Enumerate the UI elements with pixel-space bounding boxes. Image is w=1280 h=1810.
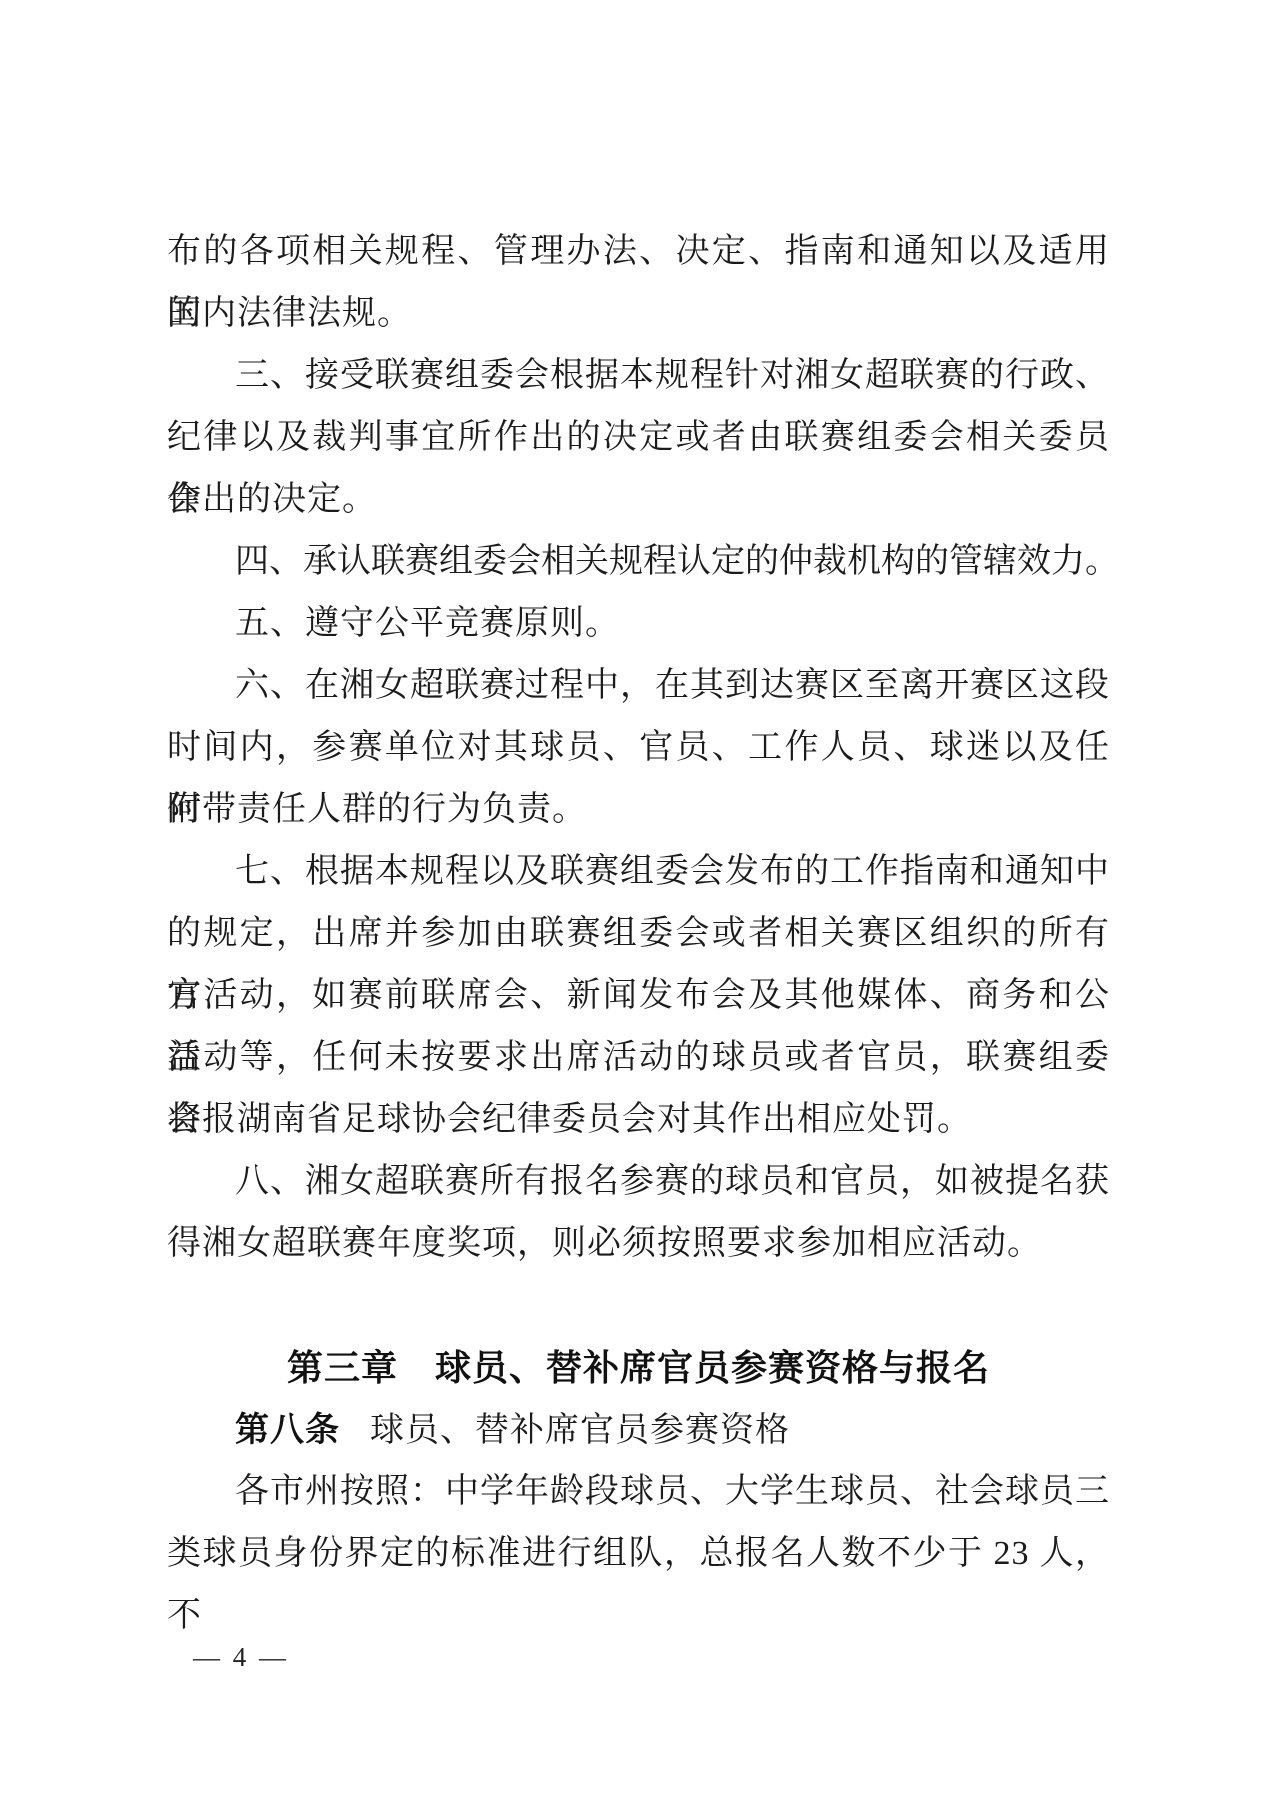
article-title: 球员、替补席官员参赛资格 [370,1412,790,1449]
body-text-line: 国内法律法规。 [167,283,1110,345]
body-text-line: 将报湖南省足球协会纪律委员会对其作出相应处罚。 [167,1089,1110,1151]
body-text-line: 五、遵守公平竞赛原则。 [167,593,1110,655]
document-body: 布的各项相关规程、管理办法、决定、指南和通知以及适用的 国内法律法规。 三、接受… [167,221,1110,1585]
body-text-line: 的规定，出席并参加由联赛组委会或者相关赛区组织的所有官 [167,903,1110,965]
body-text-line: 三、接受联赛组委会根据本规程针对湘女超联赛的行政、 [167,345,1110,407]
body-text-line: 各市州按照：中学年龄段球员、大学生球员、社会球员三 [167,1461,1110,1523]
page-number: — 4 — [193,1638,289,1676]
body-text-line: 方活动，如赛前联席会、新闻发布会及其他媒体、商务和公益 [167,965,1110,1027]
body-text-line: 八、湘女超联赛所有报名参赛的球员和官员，如被提名获 [167,1151,1110,1213]
body-text-line: 七、根据本规程以及联赛组委会发布的工作指南和通知中 [167,841,1110,903]
body-text-line: 纪律以及裁判事宜所作出的决定或者由联赛组委会相关委员会 [167,407,1110,469]
body-text-line: 四、承认联赛组委会相关规程认定的仲裁机构的管辖效力。 [167,531,1110,593]
body-text-line: 活动等，任何未按要求出席活动的球员或者官员，联赛组委会 [167,1027,1110,1089]
article-number: 第八条 [235,1411,340,1449]
chapter-heading: 第三章 球员、替补席官员参赛资格与报名 [167,1337,1110,1399]
article-heading: 第八条球员、替补席官员参赛资格 [167,1399,1110,1461]
body-text-line: 类球员身份界定的标准进行组队，总报名人数不少于 23 人，不 [167,1523,1110,1585]
body-text-line: 作出的决定。 [167,469,1110,531]
body-text-line: 时间内，参赛单位对其球员、官员、工作人员、球迷以及任何 [167,717,1110,779]
body-text-line: 六、在湘女超联赛过程中，在其到达赛区至离开赛区这段 [167,655,1110,717]
document-page: 布的各项相关规程、管理办法、决定、指南和通知以及适用的 国内法律法规。 三、接受… [0,0,1280,1810]
body-text-line: 附带责任人群的行为负责。 [167,779,1110,841]
body-text-line: 布的各项相关规程、管理办法、决定、指南和通知以及适用的 [167,221,1110,283]
body-text-line: 得湘女超联赛年度奖项，则必须按照要求参加相应活动。 [167,1213,1110,1275]
